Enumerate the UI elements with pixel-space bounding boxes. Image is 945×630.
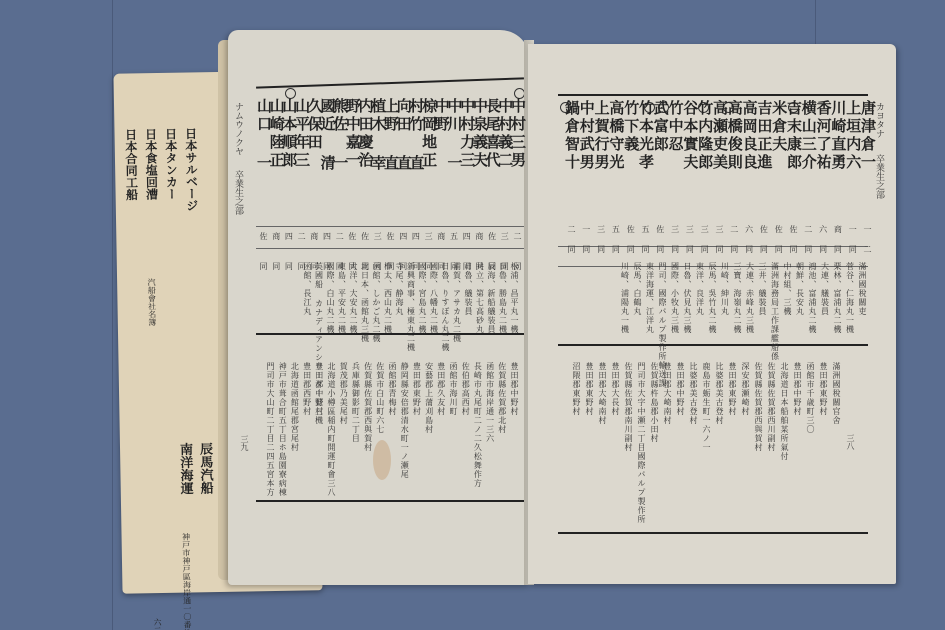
rank-entry: 商 [310,232,318,241]
mark-entry: 同 [819,245,827,254]
address-entry: 函館市千歳町三〇 [806,362,814,434]
top-rule [558,94,868,96]
address-entry: 佐賀縣佐賀郡南川副村 [624,362,632,452]
mark-entry: 同 [715,245,723,254]
ship-entry: 東島、平安丸二機 [338,262,346,334]
ship-entry: 大連、赤峰丸三機 [746,262,754,334]
address-entry: 豊田郡大崎南村 [598,362,606,425]
mark-entry: 同 [597,245,605,254]
ship-entry: 國際、白山丸二機 [326,262,334,334]
page-number: 三八 [846,434,854,450]
divider [256,248,524,249]
ship-entry: 共立、第七高砂丸 [476,262,484,334]
rank-entry: 佐 [789,225,797,234]
rank-entry: 二 [730,225,738,234]
ship-entry: 滿洲國稅關吏 [858,262,866,316]
address-entry: 長崎市丸尾町二ノ二久松舞作方 [473,362,481,488]
address-entry: 鹿島市蛎生町一六ノ一 [702,362,710,452]
name-entry: 鍋倉智十 [564,100,579,172]
rank-entry: 六 [819,225,827,234]
mark-entry: 同 [611,245,619,254]
back-company-4: 日本サルベージ [184,127,197,211]
name-entry: 高橋俊則 [727,100,742,172]
name-entry: 米倉夫 [771,100,786,154]
rank-entry: 商 [437,232,445,241]
back-lower-company: 辰馬汽船 [198,442,212,494]
name-entry: 唐津倉一 [860,100,875,172]
ship-entry: 日魯、艤装員 [464,262,472,316]
name-entry: 高岡良良 [742,100,757,172]
rank-entry: 佐 [386,232,394,241]
rank-entry: 佐 [774,225,782,234]
ship-entry: 國際、宮島丸二機 [418,262,426,334]
top-rule [256,77,524,88]
address-entry: 神戸市葺合町五丁目ホ島園寮病棟 [278,362,286,497]
address-entry: 豊田郡東野村 [412,362,420,416]
rank-entry: 三 [500,232,508,241]
rank-entry: 四 [284,232,292,241]
ship-entry: 東洋、良洋丸 [696,262,704,316]
address-entry: 豊田郡中野村 [315,362,323,416]
address-entry: 安藝郡上蒲刈島村 [425,362,433,434]
ship-entry: 大洋、大安丸二機 [349,262,357,334]
address-entry: 比婆郡美古登村 [715,362,723,425]
ship-entry: 菅谷、仁海丸一機 [846,262,854,334]
ship-entry: 三寶、海嶺丸二機 [733,262,741,334]
rank-entry: 三 [715,225,723,234]
mark-entry: 同 [671,245,679,254]
address-entry: 北海道日本船舶某所氣付 [780,362,788,461]
rank-entry: 六 [745,225,753,234]
mark-entry: 同 [730,245,738,254]
address-entry: 賀茂郡乃美尾村 [339,362,347,425]
rank-entry: 商 [475,232,483,241]
rank-entry: 佐 [656,225,664,234]
rank-entry: 一 [582,225,590,234]
rank-entry: 三 [700,225,708,234]
ship-entry: 函館、長江丸 [303,262,311,316]
mark-entry: 同 [833,245,841,254]
address-entry: 沼隈郡東野村 [572,362,580,416]
name-entry: 竹下義 [623,100,638,154]
address-entry: 豊田郡西野村 [303,362,311,416]
ship-entry: 三井、艤裝員 [758,262,766,316]
name-entry: 武富郎 [653,100,668,154]
address-entry: 佐賀縣佐賀郡西川副村 [767,362,775,452]
ship-entry: 國際、小牧丸三機 [671,262,679,334]
name-entry: 横山三介 [801,100,816,172]
rank-entry: 佐 [759,225,767,234]
address-entry: 滿洲國稅關官舍 [832,362,840,425]
address-entry: 豊田郡中野村 [676,362,684,416]
mark-entry: 同 [272,262,280,271]
name-entry: 川崎直勇 [830,100,845,172]
rank-entry: 佐 [488,232,496,241]
ship-entry: 辰海、新船艤装員 [487,262,495,334]
ship-entry: 鴻池、富浦丸二機 [808,262,816,334]
ship-entry: 大連、艤裝員 [821,262,829,316]
name-entry: 山口 一 [256,98,271,173]
address-entry: 佐賀縣佐賀郡北村 [498,362,506,434]
address-entry: 豊田郡東野村 [585,362,593,416]
back-page-number: 六二 [153,618,161,630]
ship-entry: 日魯、りすぼん丸二機 [441,262,449,352]
ship-entry: 東洋海運、江洋丸 [646,262,654,334]
ship-entry: 寺尾、静海丸 [395,262,403,316]
rank-entry: 二 [297,232,305,241]
rank-entry: 四 [399,232,407,241]
mark-entry: 同 [641,245,649,254]
rank-entry: 二 [335,232,343,241]
mark-entry: 同 [685,245,693,254]
back-company-2: 日本食塩回漕 [144,128,157,200]
rank-entry: 三 [373,232,381,241]
address-entry: 北海道函館尾郡宮尾村 [290,362,298,452]
ship-entry: 辰馬、白鶴丸 [633,262,641,316]
address-entry: 深安郡瀬崎村 [741,362,749,416]
address-entry: 豊田郡大崎南村 [663,362,671,425]
rank-entry: 三 [424,232,432,241]
bottom-rule [558,532,868,534]
rank-entry: 佐 [259,232,267,241]
ship-entry: 函館、しかご丸二機 [372,262,380,343]
rank-entry: 五 [611,225,619,234]
name-entry: 吉末康郎 [786,100,801,172]
mark-entry: 同 [745,245,753,254]
rank-entry: 商 [833,225,841,234]
name-entry: 上垣内六 [845,100,860,172]
mark-entry: 同 [259,262,267,271]
name-entry: 竹中忍 [668,100,683,154]
mark-entry: 同 [700,245,708,254]
mark-entry: 同 [626,245,634,254]
ship-entry: 朝鮮、長安丸 [796,262,804,316]
rank-entry: 佐 [626,225,634,234]
address-entry: 佐伯郡高西村 [461,362,469,416]
ship-entry: 川崎、紳川丸 [721,262,729,316]
rank-entry: 佐 [348,232,356,241]
mark-entry: 同 [804,245,812,254]
ship-entry: 松浦、昌平丸一機 [510,262,518,334]
mark-entry: 同 [789,245,797,254]
mark-entry: 同 [774,245,782,254]
back-lower-company: 南洋海運 [178,442,192,494]
mark-entry: 同 [656,245,664,254]
rank-entry: 二 [804,225,812,234]
address-entry: 豊田郡東野村 [819,362,827,416]
address-entry: 比婆郡美古登村 [689,362,697,425]
ship-entry: 新興商事、極東丸二機 [407,262,415,352]
name-entry: 竹本光孝 [638,100,653,172]
mark-entry: 同 [567,245,575,254]
address-entry: 函館郡青梅村 [388,362,396,416]
name-entry: 中村武男 [579,100,594,172]
mark-entry: 二 [863,245,871,254]
back-address: 神戸市神戸區海岸通一〇番地 [181,533,191,630]
mark-entry: 同 [582,245,590,254]
address-entry: 北海道小樽區稲内町開運町會三八 [327,362,335,497]
name-entry: 上賀行男 [594,100,609,172]
address-entry: 静岡縣安倍郡清水町一ノ瀬尾 [400,362,408,479]
address-entry: 豊田郡久友村 [437,362,445,416]
address-entry: 門司市大山町二丁目二四五宮本方 [266,362,274,497]
name-entry: 竹内隆郎 [697,100,712,172]
mid-rule [558,344,868,346]
address-entry: 佐賀縣杵島郡小田村 [650,362,658,443]
address-entry: 兵庫縣御影町二丁目 [351,362,359,443]
ship-entry: 國際、八幡丸二機 [430,262,438,334]
rank-entry: 四 [411,232,419,241]
name-entry: 吉田正進 [756,100,771,172]
ship-entry: 辰馬、吳竹丸二機 [708,262,716,334]
name-entry: 高橋守光 [608,100,623,172]
ship-entry: 日魯、伏見丸三機 [683,262,691,334]
rank-entry: 商 [272,232,280,241]
stain [373,440,391,480]
ship-entry: 川崎、浦陽丸一機 [621,262,629,334]
name-entry: 高瀬吏美 [712,100,727,172]
ship-entry: 北日本、函館丸三機 [361,262,369,343]
name-entry: 谷本實夫 [682,100,697,172]
bottom-rule [256,500,524,502]
ship-entry: 滿洲海務局工作課艦船係 [771,262,779,361]
address-entry: 佐賀縣佐賀郡西與賀村 [364,362,372,452]
address-entry: 豊田郡中野村 [793,362,801,416]
back-header: 汽船會社名簿 [147,278,156,326]
address-entry: 佐賀市白山町六七 [376,362,384,434]
section-header: ナムウノクヤ [233,102,242,156]
rank-entry: 二 [513,232,521,241]
mark-entry: 同 [848,245,856,254]
address-entry: 豊田郡中野村 [510,362,518,416]
ship-entry: 浦賀、アサカ丸二機 [453,262,461,343]
rank-entry: 佐 [361,232,369,241]
ship-entry: 栗林、富浦丸二機 [833,262,841,334]
rank-entry: 一 [848,225,856,234]
rank-entry: 三 [671,225,679,234]
rank-entry: 五 [641,225,649,234]
back-company-1: 日本合同工船 [124,128,137,200]
address-entry: 豊田郡東野村 [728,362,736,416]
subheader: 卒業生之部 [233,170,242,215]
rank-entry: 四 [462,232,470,241]
rank-entry: 三 [685,225,693,234]
rank-entry: 五 [450,232,458,241]
address-entry: 佐賀縣佐賀郡西與賀村 [754,362,762,452]
mark-entry: 同 [759,245,767,254]
rank-entry: 四 [323,232,331,241]
mark-entry: 同 [284,262,292,271]
address-entry: 函館市海岸通一三六 [486,362,494,443]
rank-entry: 三 [597,225,605,234]
rank-entry: 一 [863,225,871,234]
rank-entry: 二 [567,225,575,234]
ship-entry: 中村組、三機 [783,262,791,316]
address-entry: 函館市海川町 [449,362,457,416]
ship-entry: 日魯、勝島丸二機 [499,262,507,334]
back-company-3: 日本タンカー [164,128,177,200]
address-entry: 豊田郡大長村 [611,362,619,416]
divider [256,226,524,227]
ship-entry: 樺太、西山丸二機 [384,262,392,334]
address-entry: 門司市大字中瀬二丁目國際パルプ製作所 [637,362,645,524]
page-number: 三九 [240,435,248,451]
name-entry: 香河了祐 [816,100,831,172]
